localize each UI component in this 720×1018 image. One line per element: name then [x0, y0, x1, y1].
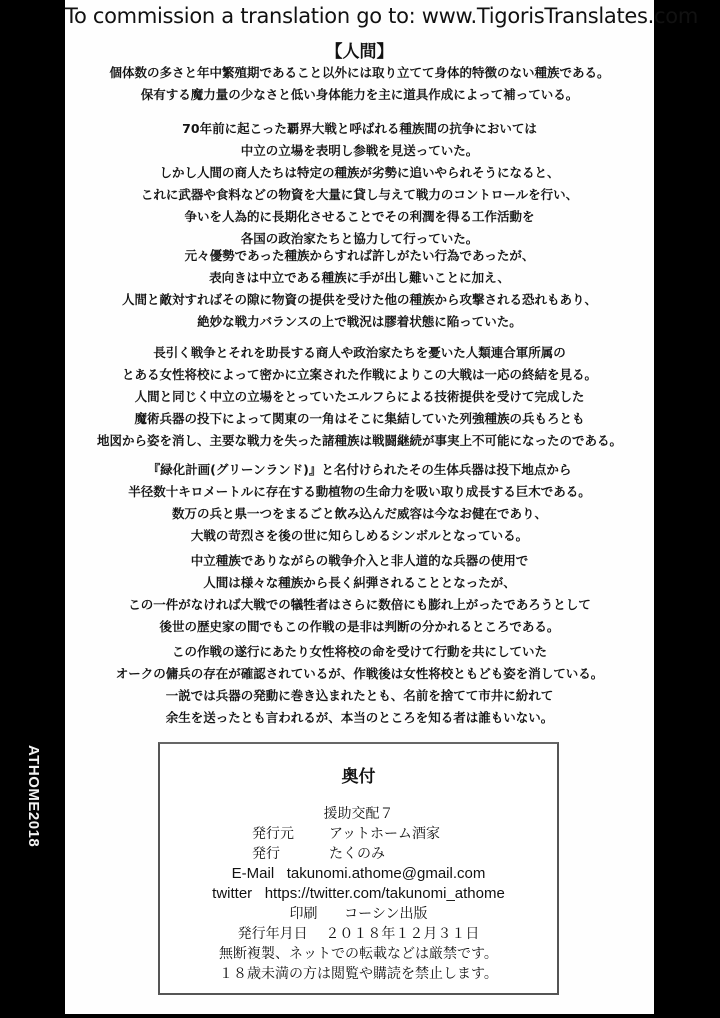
right-black-border: [654, 0, 720, 1018]
paragraph-line: 表向きは中立である種族に手が出し難いことに加え、: [65, 267, 654, 289]
paragraph-line: 余生を送ったとも言われるが、本当のところを知る者は誰もいない。: [65, 707, 654, 729]
colophon-title: 奥付: [160, 762, 557, 787]
paragraph-line: 地図から姿を消し、主要な戦力を失った諸種族は戦闘継続が事実上不可能になったのであ…: [65, 430, 654, 452]
printer-value: コーシン出版: [344, 906, 427, 922]
paragraph-line: 中立の立場を表明し参戦を見送っていた。: [65, 140, 654, 162]
paragraph-line: 後世の歴史家の間でもこの作戦の是非は判断の分かれるところである。: [65, 616, 654, 638]
paragraph-3: 元々優勢であった種族からすれば許しがたい行為であったが、 表向きは中立である種族…: [65, 245, 654, 333]
notice-reprint: 無断複製、ネットでの転載などは厳禁です。: [219, 946, 498, 962]
book-title: 援助交配７: [324, 806, 394, 822]
paragraph-line: 争いを人為的に長期化させることでその利潤を得る工作活動を: [65, 206, 654, 228]
bottom-black-strip: [65, 1014, 654, 1018]
email-value: takunomi.athome@gmail.com: [287, 865, 486, 882]
paragraph-line: 人間と同じく中立の立場をとっていたエルフらによる技術提供を受けて完成した: [65, 386, 654, 408]
paragraph-line: 長引く戦争とそれを助長する商人や政治家たちを憂いた人類連合軍所属の: [65, 342, 654, 364]
paragraph-line: オークの傭兵の存在が確認されているが、作戦後は女性将校ともども姿を消している。: [65, 663, 654, 685]
paragraph-line: 数万の兵と県一つをまるごと飲み込んだ威容は今なお健在であり、: [65, 503, 654, 525]
paragraph-line: 70年前に起こった覇界大戦と呼ばれる種族間の抗争においては: [65, 118, 654, 140]
paragraph-line: 人間は様々な種族から長く糾弾されることとなったが、: [65, 572, 654, 594]
paragraph-line: 保有する魔力量の少なさと低い身体能力を主に道具作成によって補っている。: [65, 84, 654, 106]
paragraph-2: 70年前に起こった覇界大戦と呼ばれる種族間の抗争においては 中立の立場を表明し参…: [65, 118, 654, 250]
twitter-value: https://twitter.com/takunomi_athome: [265, 885, 505, 902]
issuer-value: たくのみ: [329, 844, 385, 864]
date-label: 発行年月日: [238, 926, 308, 942]
publisher-value: アットホーム酒家: [329, 824, 440, 844]
paragraph-4: 長引く戦争とそれを助長する商人や政治家たちを憂いた人類連合軍所属の とある女性将…: [65, 342, 654, 452]
colophon-printer-row: 印刷 コーシン出版: [160, 904, 557, 924]
paragraph-line: 魔術兵器の投下によって関東の一角はそこに集結していた列強種族の兵もろとも: [65, 408, 654, 430]
notice-age: １８歳未満の方は閲覧や購読を禁止します。: [219, 966, 498, 982]
paragraph-line: この作戦の遂行にあたり女性将校の命を受けて行動を共にしていた: [65, 641, 654, 663]
twitter-label: twitter: [212, 885, 252, 902]
colophon-email-row: E-Mail takunomi.athome@gmail.com: [160, 864, 557, 884]
paragraph-line: 中立種族でありながらの戦争介入と非人道的な兵器の使用で: [65, 550, 654, 572]
paragraph-line: とある女性将校によって密かに立案された作戦によりこの大戦は一応の終結を見る。: [65, 364, 654, 386]
issuer-label: 発行: [252, 844, 280, 864]
paragraph-6: 中立種族でありながらの戦争介入と非人道的な兵器の使用で 人間は様々な種族から長く…: [65, 550, 654, 638]
paragraph-line: 個体数の多さと年中繁殖期であること以外には取り立てて身体的特徴のない種族である。: [65, 62, 654, 84]
paragraph-line: 半径数十キロメートルに存在する動植物の生命力を吸い取り成長する巨木である。: [65, 481, 654, 503]
translation-credit: To commission a translation go to: www.T…: [65, 4, 654, 28]
printer-label: 印刷: [289, 906, 317, 922]
afterword-page: To commission a translation go to: www.T…: [65, 0, 654, 1014]
colophon-date-row: 発行年月日 ２０１８年１２月３１日: [160, 924, 557, 944]
paragraph-line: 元々優勢であった種族からすれば許しがたい行為であったが、: [65, 245, 654, 267]
paragraph-line: これに武器や食料などの物資を大量に貸し与えて戦力のコントロールを行い、: [65, 184, 654, 206]
email-label: E-Mail: [232, 865, 275, 882]
colophon-box: 奥付 援助交配７ 発行元 アットホーム酒家 発行 たくのみ E-Mail tak…: [158, 742, 559, 995]
circle-side-label: ATHOME2018: [22, 745, 42, 855]
paragraph-line: 一説では兵器の発動に巻き込まれたとも、名前を捨てて市井に紛れて: [65, 685, 654, 707]
paragraph-1: 個体数の多さと年中繁殖期であること以外には取り立てて身体的特徴のない種族である。…: [65, 62, 654, 106]
paragraph-line: 人間と敵対すればその隙に物資の提供を受けた他の種族から攻撃される恐れもあり、: [65, 289, 654, 311]
paragraph-5: 『緑化計画(グリーンランド)』と名付けられたその生体兵器は投下地点から 半径数十…: [65, 459, 654, 547]
paragraph-line: 大戦の苛烈さを後の世に知らしめるシンボルとなっている。: [65, 525, 654, 547]
colophon-notice-2: １８歳未満の方は閲覧や購読を禁止します。: [160, 964, 557, 984]
publisher-label: 発行元: [252, 824, 294, 844]
colophon-twitter-row: twitter https://twitter.com/takunomi_ath…: [160, 884, 557, 904]
paragraph-line: しかし人間の商人たちは特定の種族が劣勢に追いやられそうになると、: [65, 162, 654, 184]
colophon-book-title: 援助交配７: [160, 804, 557, 824]
paragraph-line: この一件がなければ大戦での犠牲者はさらに数倍にも膨れ上がったであろうとして: [65, 594, 654, 616]
colophon-notice-1: 無断複製、ネットでの転載などは厳禁です。: [160, 944, 557, 964]
date-value: ２０１８年１２月３１日: [325, 926, 479, 942]
paragraph-7: この作戦の遂行にあたり女性将校の命を受けて行動を共にしていた オークの傭兵の存在…: [65, 641, 654, 729]
paragraph-line: 絶妙な戦力バランスの上で戦況は膠着状態に陥っていた。: [65, 311, 654, 333]
paragraph-line: 『緑化計画(グリーンランド)』と名付けられたその生体兵器は投下地点から: [65, 459, 654, 481]
section-title: 【人間】: [65, 37, 654, 62]
left-black-border: ATHOME2018: [0, 0, 65, 1018]
